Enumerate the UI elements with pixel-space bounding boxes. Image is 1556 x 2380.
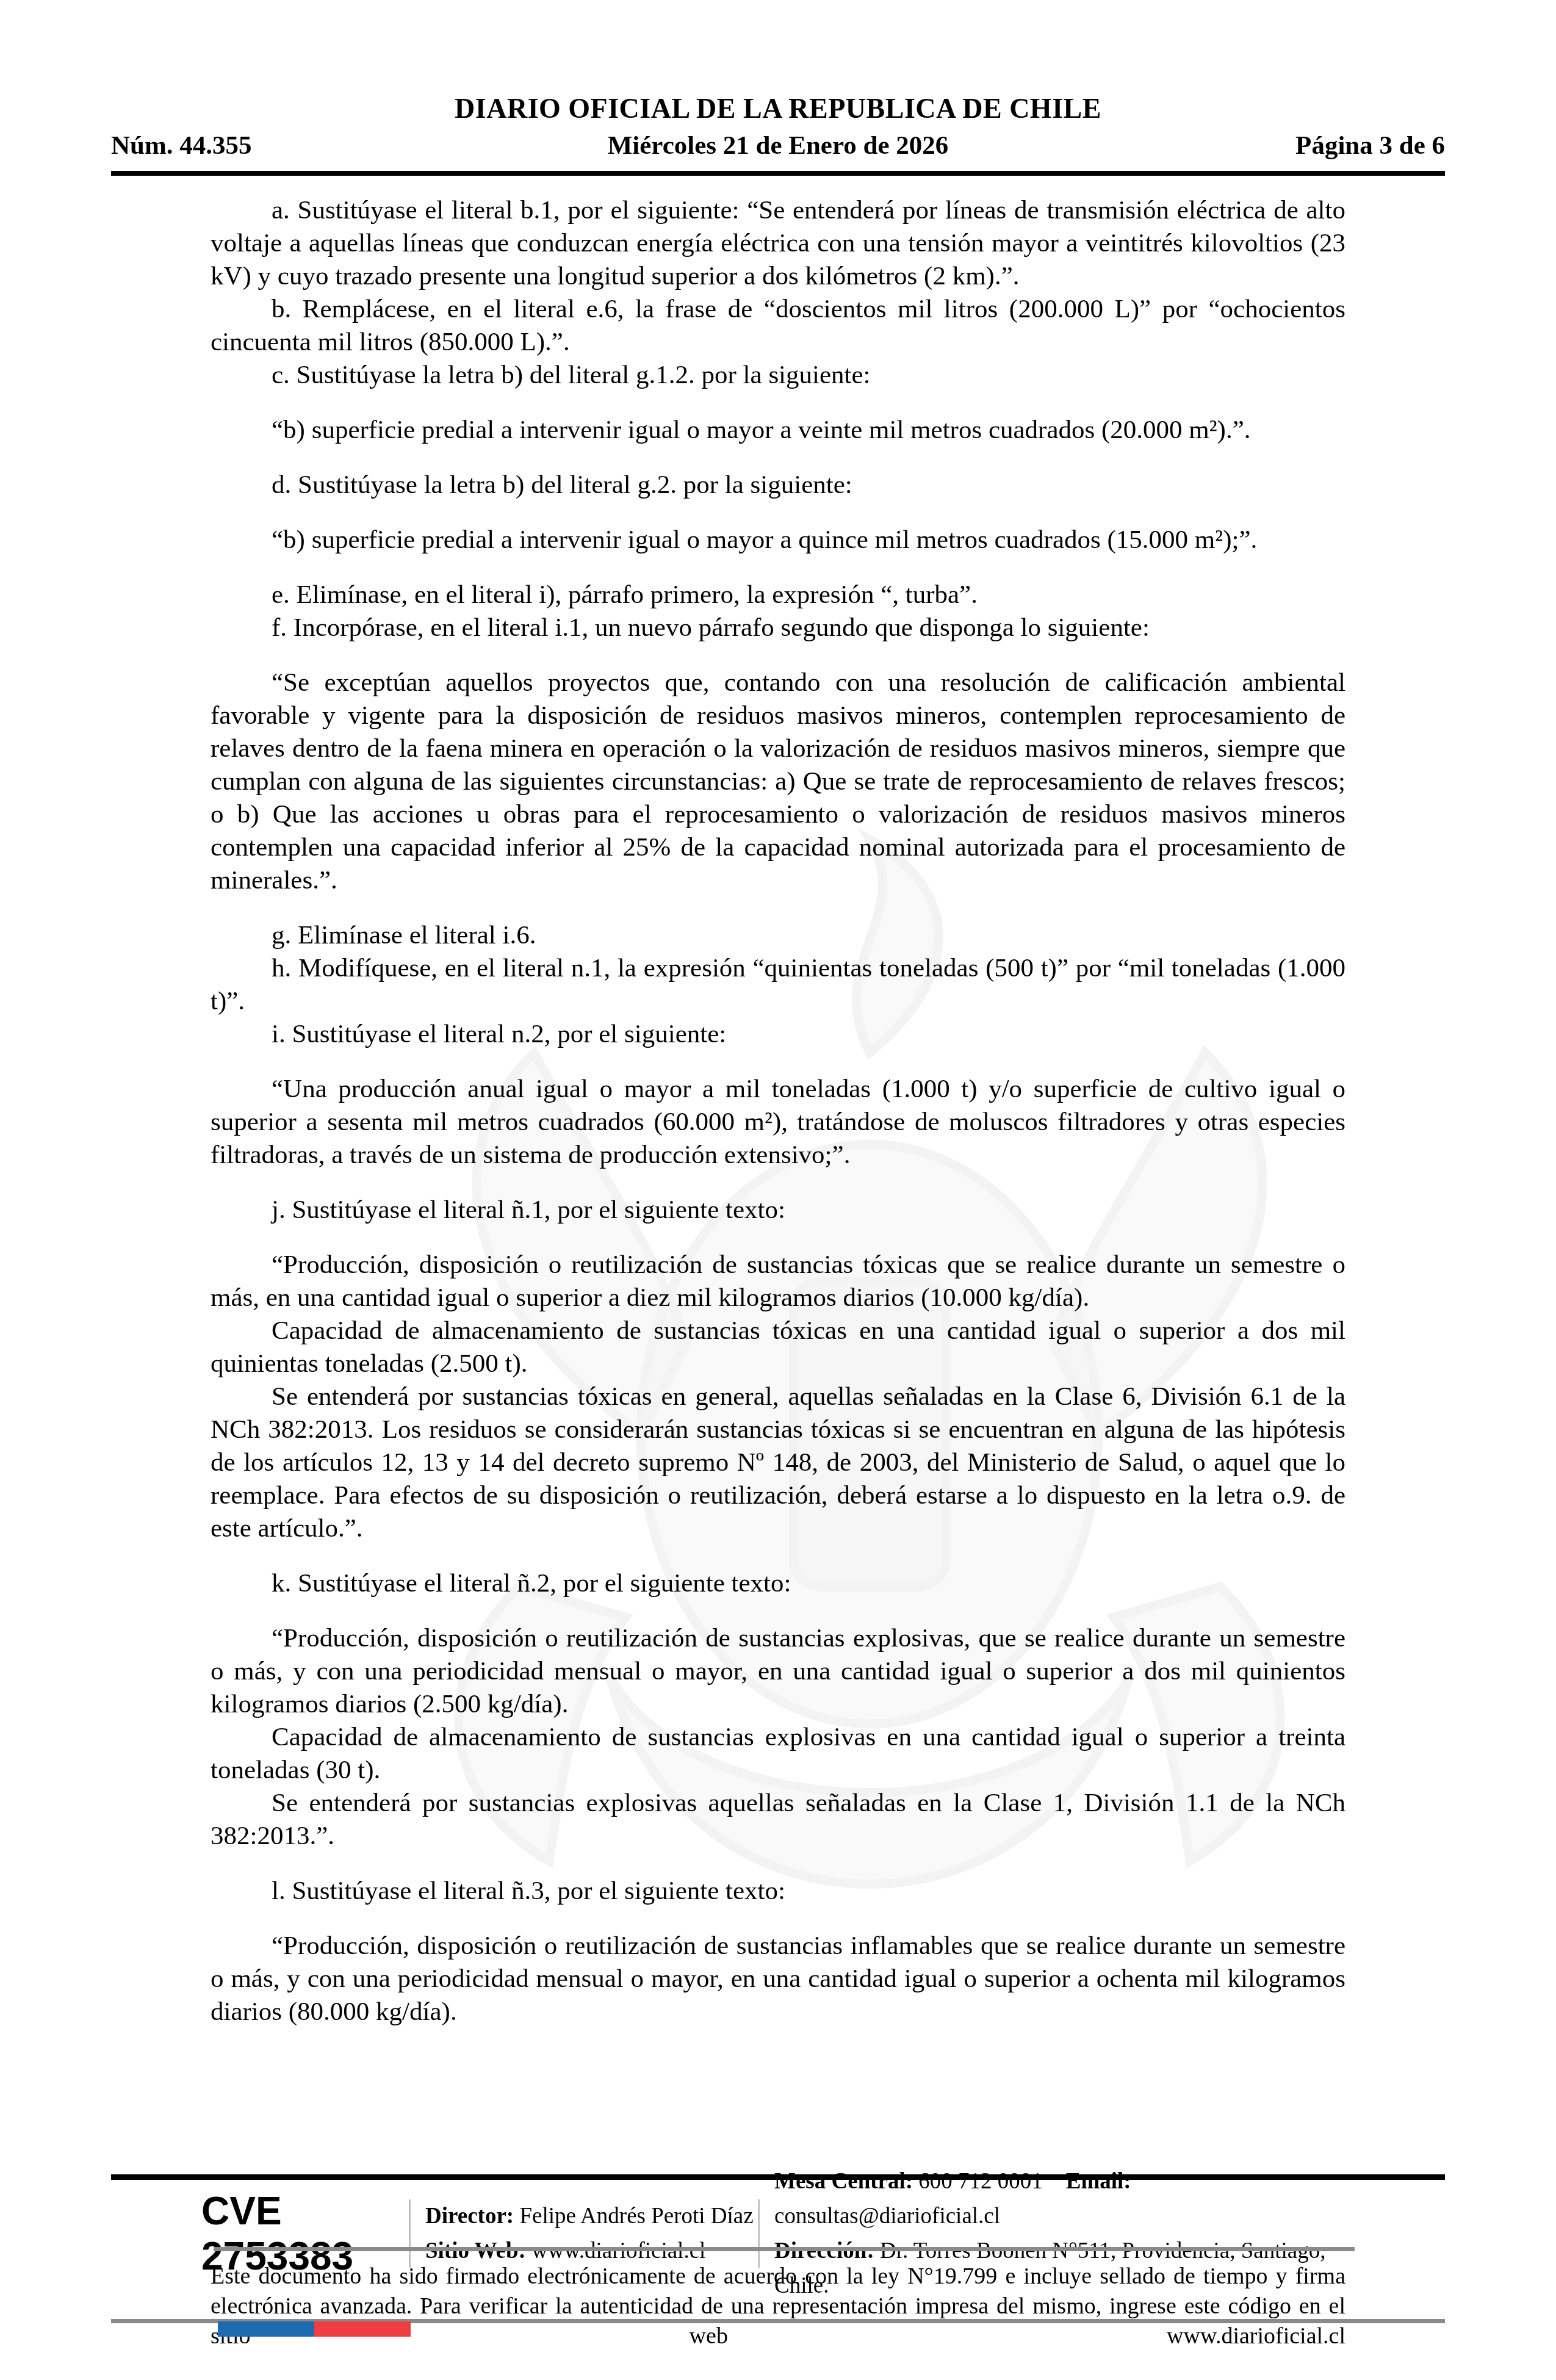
body-paragraph: “Se exceptúan aquellos proyectos que, co… (211, 666, 1345, 897)
body-paragraph: d. Sustitúyase la letra b) del literal g… (211, 469, 1345, 502)
header-rule (111, 171, 1445, 176)
page-header: DIARIO OFICIAL DE LA REPUBLICA DE CHILE … (111, 92, 1445, 176)
body-paragraph: e. Elimínase, en el literal i), párrafo … (211, 579, 1345, 611)
footer-gray-rule (214, 2247, 1355, 2251)
body-paragraph: h. Modifíquese, en el literal n.1, la ex… (211, 952, 1345, 1018)
body-paragraph: j. Sustitúyase el literal ñ.1, por el si… (211, 1194, 1345, 1227)
director-label: Director: (425, 2204, 514, 2229)
director-line: Director: Felipe Andrés Peroti Díaz (425, 2199, 758, 2234)
body-paragraph: “Una producción anual igual o mayor a mi… (211, 1073, 1345, 1172)
email-value[interactable]: consultas@diarioficial.cl (774, 2204, 1000, 2229)
body-paragraph: “b) superficie predial a intervenir igua… (211, 524, 1345, 557)
legal-notice: Este documento ha sido firmado electróni… (211, 2262, 1345, 2351)
body-paragraph: f. Incorpórase, en el literal i.1, un nu… (211, 611, 1345, 644)
header-meta-row: Núm. 44.355 Miércoles 21 de Enero de 202… (111, 129, 1445, 162)
body-paragraph: c. Sustitúyase la letra b) del literal g… (211, 359, 1345, 392)
body-paragraph: Capacidad de almacenamiento de sustancia… (211, 1314, 1345, 1380)
body-paragraph: “b) superficie predial a intervenir igua… (211, 414, 1345, 447)
email-label: Email: (1066, 2169, 1131, 2194)
edition-date: Miércoles 21 de Enero de 2026 (111, 129, 1445, 162)
director-value: Felipe Andrés Peroti Díaz (519, 2204, 753, 2229)
document-body: a. Sustitúyase el literal b.1, por el si… (211, 194, 1345, 2028)
footer-director-column: Director: Felipe Andrés Peroti Díaz Siti… (411, 2199, 758, 2268)
body-paragraph: Se entenderá por sustancias explosivas a… (211, 1787, 1345, 1853)
body-paragraph: k. Sustitúyase el literal ñ.2, por el si… (211, 1567, 1345, 1600)
body-paragraph: “Producción, disposición o reutilización… (211, 1930, 1345, 2028)
mesa-central-line: Mesa Central: 600 712 0001Email: consult… (774, 2164, 1355, 2234)
page-indicator: Página 3 de 6 (1295, 129, 1445, 162)
footer-info-bar: CVE 2753383 Director: Felipe Andrés Pero… (201, 2194, 1355, 2273)
body-paragraph: Se entenderá por sustancias tóxicas en g… (211, 1380, 1345, 1545)
flag-red-segment (314, 2321, 411, 2337)
body-paragraph: g. Elimínase el literal i.6. (211, 919, 1345, 952)
masthead-title: DIARIO OFICIAL DE LA REPUBLICA DE CHILE (111, 92, 1445, 126)
mesa-central-value: 600 712 0001 (918, 2169, 1043, 2194)
body-paragraph: “Producción, disposición o reutilización… (211, 1622, 1345, 1721)
chile-flag-bar (218, 2321, 411, 2337)
body-paragraph: i. Sustitúyase el literal n.2, por el si… (211, 1018, 1345, 1051)
body-paragraph: b. Remplácese, en el literal e.6, la fra… (211, 293, 1345, 359)
flag-blue-segment (218, 2321, 314, 2337)
body-paragraph: “Producción, disposición o reutilización… (211, 1249, 1345, 1314)
body-paragraph: l. Sustitúyase el literal ñ.3, por el si… (211, 1875, 1345, 1908)
body-paragraph: a. Sustitúyase el literal b.1, por el si… (211, 194, 1345, 293)
document-page: DIARIO OFICIAL DE LA REPUBLICA DE CHILE … (0, 0, 1556, 2380)
body-paragraph: Capacidad de almacenamiento de sustancia… (211, 1721, 1345, 1787)
mesa-central-label: Mesa Central: (774, 2169, 913, 2194)
